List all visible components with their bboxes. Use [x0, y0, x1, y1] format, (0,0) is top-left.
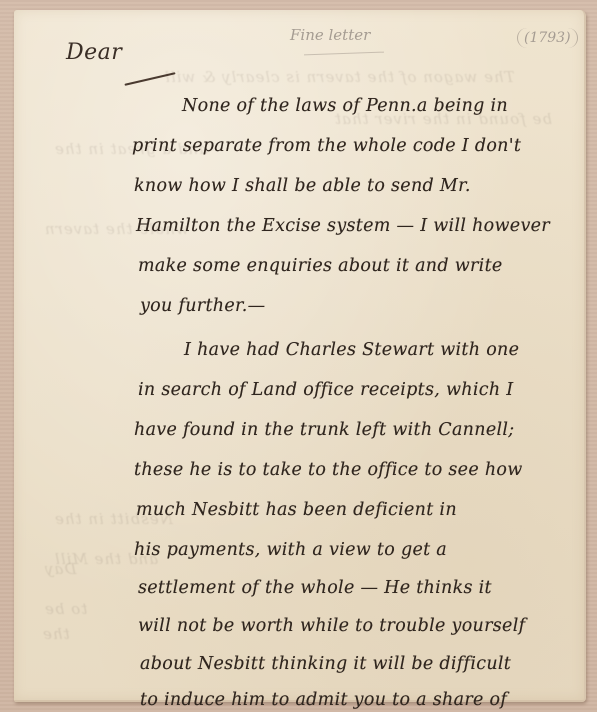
letter-line: about Nesbitt thinking it will be diffic…: [140, 654, 511, 674]
archival-note-underline: [304, 52, 384, 56]
bleed-through-text: The wagon of the tavern is clearly & wil…: [164, 68, 515, 86]
letter-line: None of the laws of Penn.a being in: [182, 96, 508, 116]
letter-line: much Nesbitt has been deficient in: [136, 500, 457, 520]
letter-line: to induce him to admit you to a share of: [140, 690, 507, 710]
letter-line: these he is to take to the office to see…: [134, 460, 523, 480]
bleed-through-text: to be: [44, 600, 87, 618]
archival-date: (1793): [517, 28, 578, 48]
bleed-through-text: Day: [44, 560, 76, 578]
letter-page: The wagon of the tavern is clearly & wil…: [14, 10, 586, 702]
letter-line: know how I shall be able to send Mr.: [134, 176, 471, 196]
salutation: Dear: [66, 40, 122, 65]
archival-note: Fine letter: [290, 26, 370, 44]
bleed-through-text: the: [42, 625, 70, 643]
letter-line: Hamilton the Excise system — I will howe…: [136, 216, 550, 236]
letter-line: have found in the trunk left with Cannel…: [134, 420, 514, 440]
letter-line: I have had Charles Stewart with one: [184, 340, 519, 360]
letter-line: settlement of the whole — He thinks it: [138, 578, 492, 598]
letter-line: make some enquiries about it and write: [138, 256, 503, 276]
letter-line: in search of Land office receipts, which…: [138, 380, 514, 400]
letter-line: you further.—: [140, 296, 265, 316]
letter-line: print separate from the whole code I don…: [132, 136, 521, 156]
letter-line: his payments, with a view to get a: [134, 540, 447, 560]
letter-line: will not be worth while to trouble yours…: [138, 616, 525, 636]
